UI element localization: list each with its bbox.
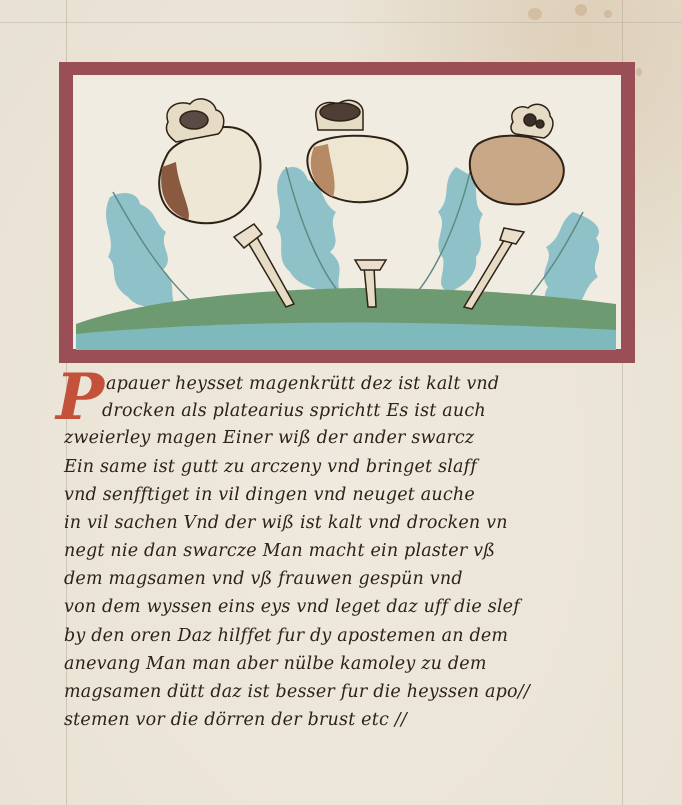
poppy-drawing-icon (58, 62, 636, 364)
text-line-3: zweierley magen Einer wiß der ander swar… (64, 428, 474, 448)
manuscript-page: P apauer heysset magenkrütt dez ist kalt… (0, 0, 682, 805)
text-line-5: vnd senfftiget in vil dingen vnd neuget … (64, 485, 475, 505)
text-line-8: dem magsamen vnd vß frauwen gespün vnd (64, 569, 463, 589)
text-line-9: von dem wyssen eins eys vnd leget daz uf… (64, 597, 520, 617)
text-line-7: negt nie dan swarcze Man macht ein plast… (64, 541, 495, 561)
stain (575, 4, 587, 16)
text-line-2: drocken als platearius sprichtt Es ist a… (102, 401, 486, 421)
decorated-initial: P (56, 366, 104, 430)
ruling-line (0, 22, 682, 23)
stain (636, 68, 642, 76)
text-line-12: magsamen dütt daz ist besser fur die hey… (64, 682, 530, 702)
text-line-13: stemen vor die dörren der brust etc // (64, 710, 407, 730)
stain (528, 8, 542, 20)
text-line-4: Ein same ist gutt zu arczeny vnd bringet… (64, 457, 477, 477)
text-line-1: apauer heysset magenkrütt dez ist kalt v… (106, 374, 499, 394)
stain (604, 10, 612, 18)
poppy-illustration (58, 62, 636, 364)
text-line-10: by den oren Daz hilffet fur dy apostemen… (64, 626, 508, 646)
text-line-11: anevang Man man aber nülbe kamoley zu de… (64, 654, 487, 674)
text-line-6: in vil sachen Vnd der wiß ist kalt vnd d… (64, 513, 508, 533)
